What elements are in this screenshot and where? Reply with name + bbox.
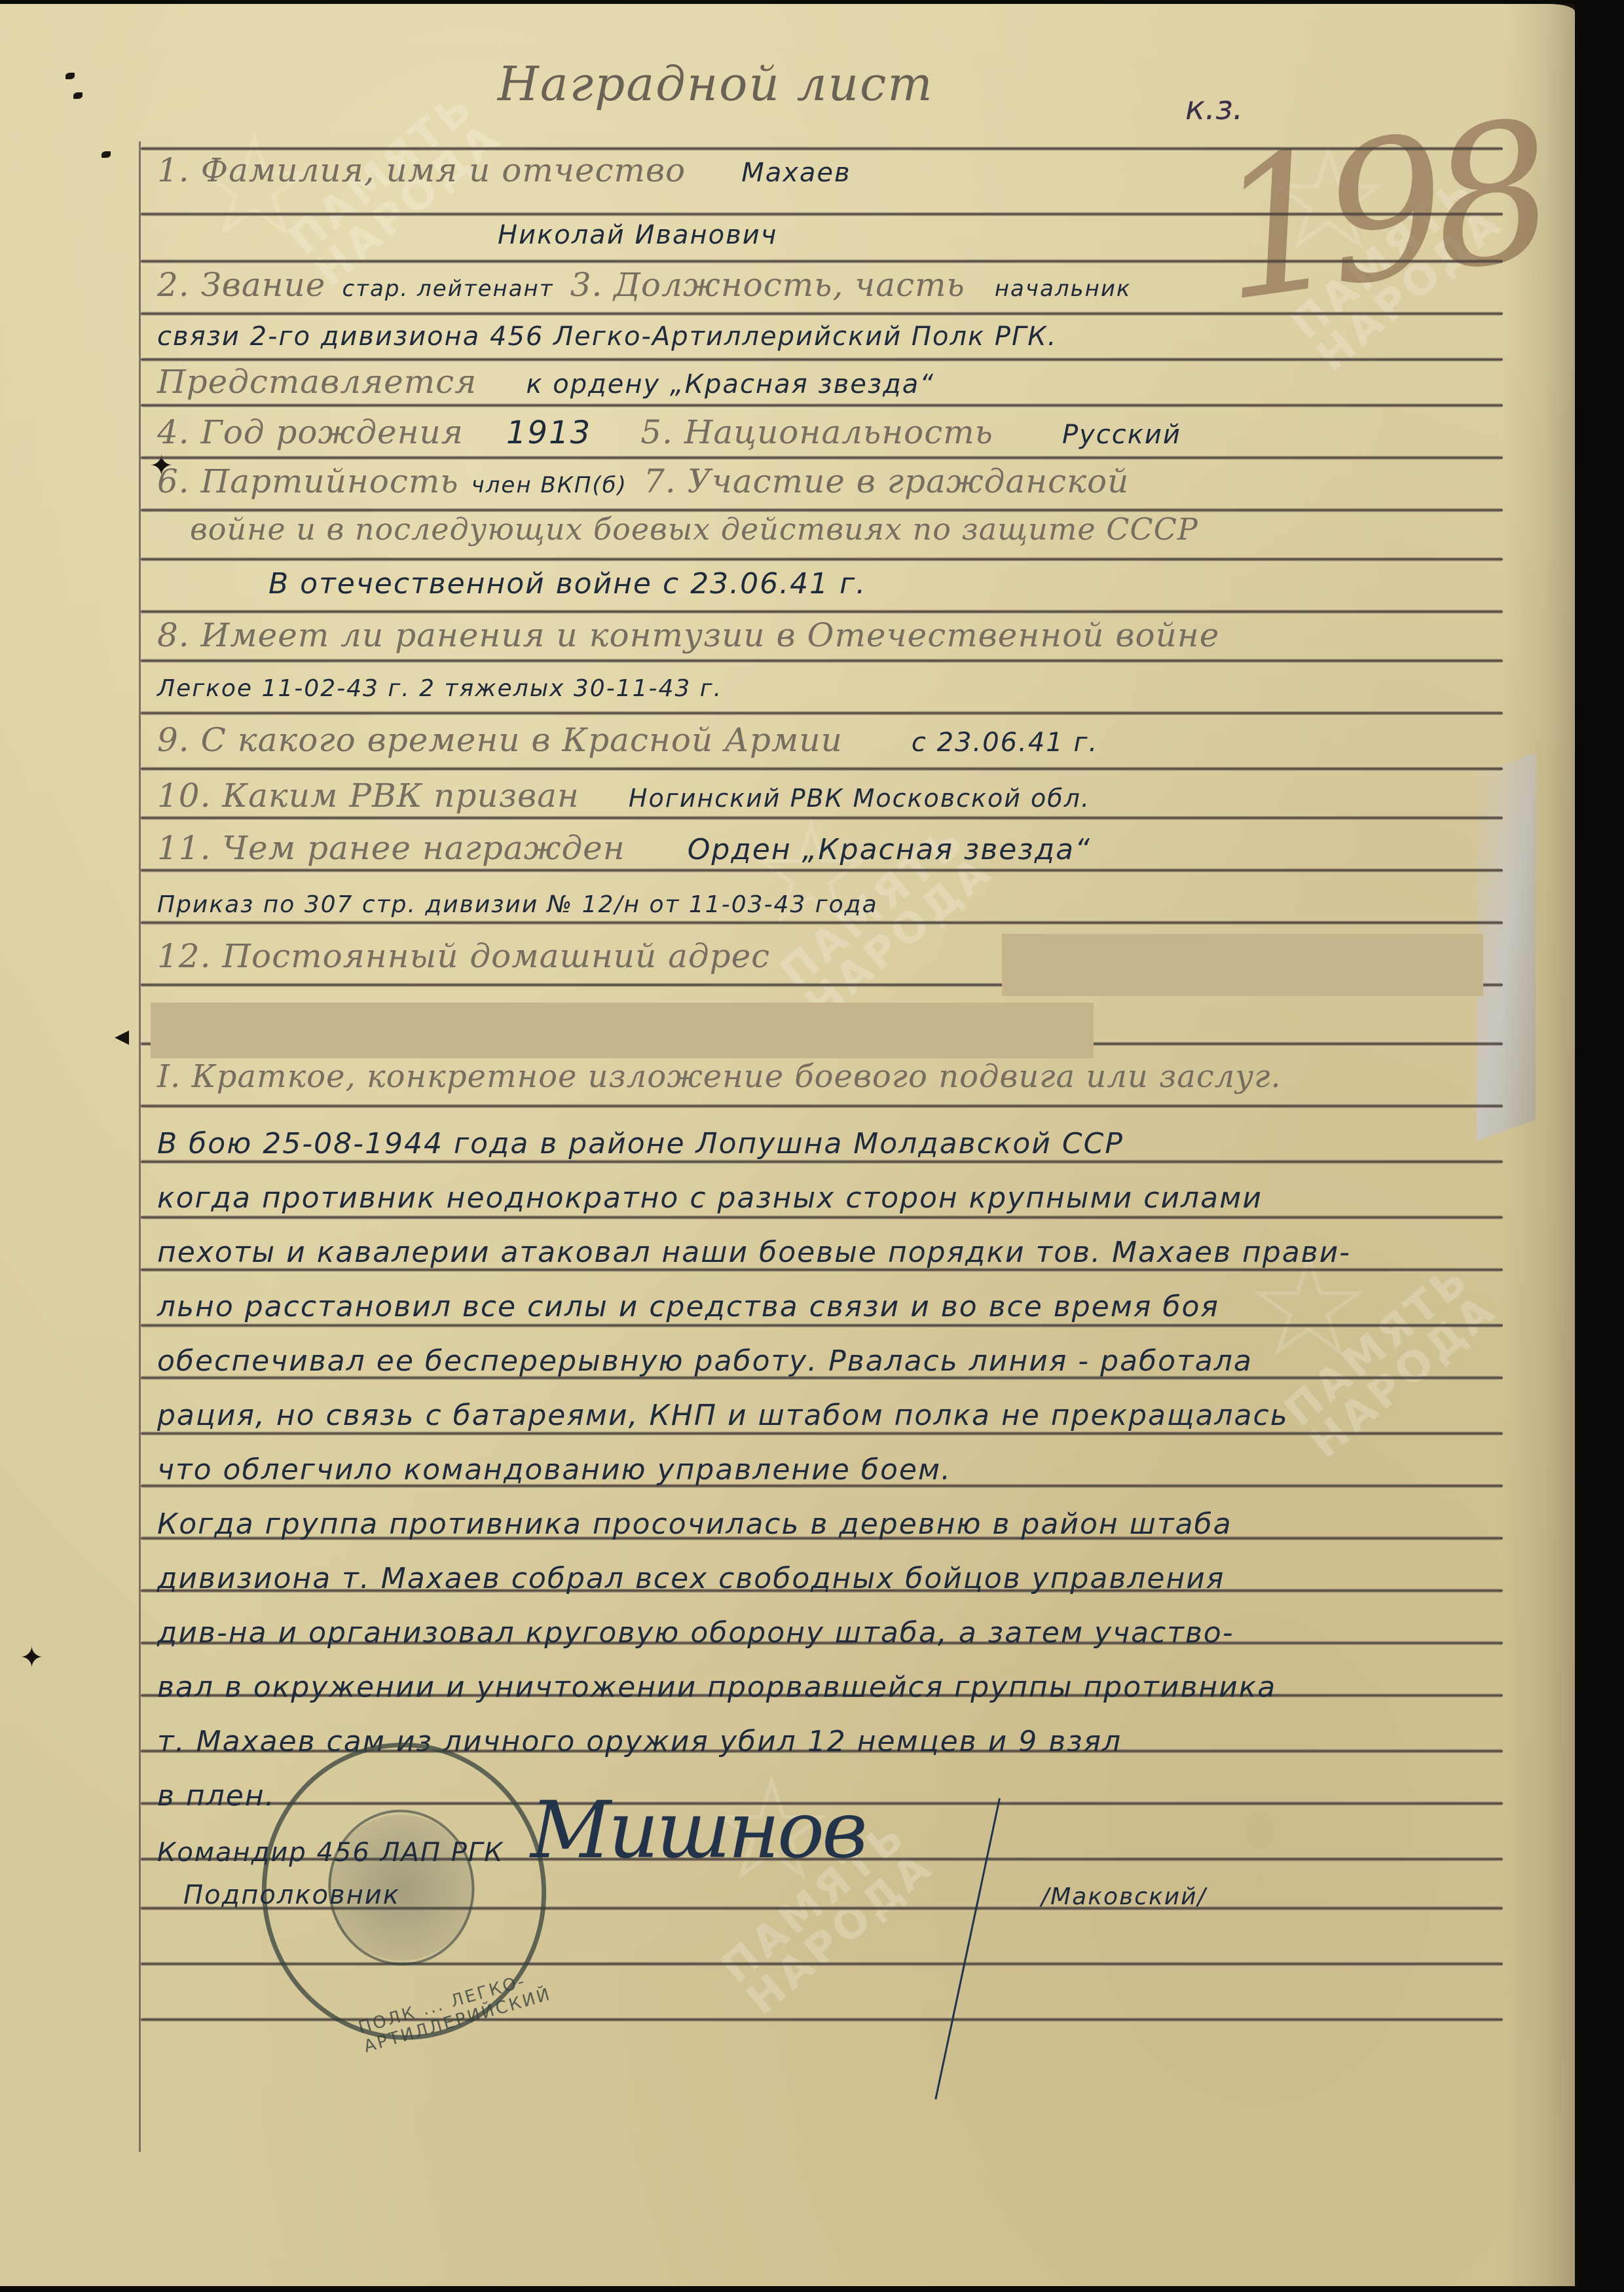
field-value: начальник: [995, 276, 1132, 302]
field-value: Ногинский РВК Московской обл.: [629, 784, 1090, 813]
field-label: 4. Год рождения: [157, 413, 464, 451]
field-wounds: 8. Имеет ли ранения и контузии в Отечест…: [157, 616, 1496, 654]
field-value: Николай Иванович: [498, 220, 777, 250]
redacted-address: [1002, 934, 1483, 996]
stamp-text: ПОЛК ... ЛЕГКО-АРТИЛЛЕРИЙСКИЙ: [356, 1965, 556, 2057]
narrative-line-text: обеспечивал ее бесперерывную работу. Рва…: [157, 1344, 1253, 1378]
punch-hole: [65, 73, 75, 79]
narrative-line: льно расстановил все силы и средства свя…: [157, 1290, 1496, 1323]
ruled-line: [141, 816, 1503, 820]
ruled-line: [141, 767, 1503, 771]
field-label: 8. Имеет ли ранения и контузии в Отечест…: [157, 616, 1219, 654]
narrative-line-text: рация, но связь с батареями, КНП и штабо…: [157, 1399, 1289, 1432]
ruled-line: [141, 610, 1503, 614]
margin-mark: ✦: [20, 1641, 44, 1674]
signer-name-text: /Маковский/: [1041, 1883, 1207, 1910]
ruled-line: [141, 312, 1503, 316]
field-label: Представляется: [157, 363, 477, 401]
field-previous-awards: 11. Чем ранее награжден Орден „Красная з…: [157, 829, 1496, 867]
narrative-line-text: что облегчило командованию управление бо…: [157, 1453, 951, 1487]
narrative-line-text: дивизиона т. Махаев собрал всех свободны…: [157, 1562, 1225, 1595]
narrative-line: дивизиона т. Махаев собрал всех свободны…: [157, 1562, 1496, 1595]
field-label: 12. Постоянный домашний адрес: [157, 937, 770, 975]
narrative-line-text: льно расстановил все силы и средства свя…: [157, 1290, 1219, 1323]
ruled-line: [141, 212, 1503, 216]
narrative-line: что облегчило командованию управление бо…: [157, 1453, 1496, 1487]
narrative-line-text: див-на и организовал круговую оборону шт…: [157, 1616, 1234, 1650]
narrative-line-text: Когда группа противника просочилась в де…: [157, 1507, 1232, 1541]
field-participation-cont: войне и в последующих боевых действиях п…: [190, 511, 1496, 547]
field-label: 10. Каким РВК призван: [157, 777, 580, 815]
field-label: 9. С какого времени в Красной Армии: [157, 721, 843, 759]
field-label: 1. Фамилия, имя и отчество: [157, 151, 686, 189]
narrative-line-text: т. Махаев сам из личного оружия убил 12 …: [157, 1725, 1122, 1758]
narrative-line-text: когда противник неоднократно с разных ст…: [157, 1181, 1263, 1215]
redacted-address: [151, 1003, 1094, 1058]
ruled-line: [141, 1104, 1503, 1108]
document-sheet: ✦ ◂ ✦ ☆ ПАМЯТЬ НАРОДА ☆ ПАМЯТЬ НАРОДА ☆ …: [0, 4, 1575, 2286]
field-value: стар. лейтенант: [342, 276, 553, 302]
signer-title: Командир 456 ЛАП РГК: [157, 1838, 504, 1868]
field-label: 6. Партийность: [157, 462, 459, 500]
field-value: Русский: [1062, 420, 1181, 450]
field-army-since: 9. С какого времени в Красной Армии с 23…: [157, 721, 1496, 759]
field-value: с 23.06.41 г.: [912, 728, 1098, 758]
ruled-line: [141, 659, 1503, 663]
field-position-cont: связи 2-го дивизиона 456 Легко-Артиллери…: [157, 322, 1496, 352]
narrative-line-text: В бою 25-08-1944 года в районе Лопушна М…: [157, 1127, 1124, 1160]
field-nominated-for: Представляется к ордену „Красная звезда“: [157, 363, 1496, 401]
narrative-line: рация, но связь с батареями, КНП и штабо…: [157, 1399, 1496, 1432]
ruled-line: [141, 557, 1503, 561]
narrative-line: когда противник неоднократно с разных ст…: [157, 1181, 1496, 1215]
field-label: 5. Национальность: [640, 413, 993, 451]
document-title: Наградной лист: [498, 56, 934, 111]
field-wounds-value: Легкое 11-02-43 г. 2 тяжелых 30-11-43 г.: [157, 675, 1496, 702]
field-label: 2. Звание: [157, 266, 325, 304]
field-label: войне и в последующих боевых действиях п…: [190, 511, 1198, 547]
ruled-line: [141, 1215, 1503, 1219]
narrative-line: пехоты и кавалерии атаковал наши боевые …: [157, 1236, 1496, 1269]
field-label: 7. Участие в гражданской: [644, 462, 1129, 500]
margin-rule: [139, 141, 141, 2152]
field-full-name-cont: Николай Иванович: [498, 220, 1496, 250]
field-value: к ордену „Красная звезда“: [526, 369, 934, 399]
ruled-line: [141, 358, 1503, 361]
narrative-line: вал в окружении и уничтожении прорвавшей…: [157, 1671, 1496, 1704]
handwritten-signature: Мишнов: [530, 1785, 865, 1876]
ruled-line: [141, 921, 1503, 925]
margin-mark: ◂: [115, 1019, 129, 1052]
field-value: связи 2-го дивизиона 456 Легко-Артиллери…: [157, 322, 1057, 352]
ruled-line: [141, 403, 1503, 407]
ruled-line: [141, 456, 1503, 460]
narrative-line-text: пехоты и кавалерии атаковал наши боевые …: [157, 1236, 1351, 1269]
ruled-line: [141, 1323, 1503, 1327]
narrative-line: див-на и организовал круговую оборону шт…: [157, 1616, 1496, 1650]
field-war-participation: В отечественной войне с 23.06.41 г.: [268, 567, 1496, 601]
field-previous-awards-order: Приказ по 307 стр. дивизии № 12/н от 11-…: [157, 891, 1496, 918]
field-label: 11. Чем ранее награжден: [157, 829, 625, 867]
ruled-line: [141, 711, 1503, 715]
signer-name: /Маковский/: [1041, 1883, 1496, 1910]
ruled-line: [141, 147, 1503, 151]
field-label: 3. Должность, часть: [570, 266, 965, 304]
field-birth-nationality: 4. Год рождения 1913 5. Национальность Р…: [157, 413, 1496, 451]
ruled-line: [141, 868, 1503, 872]
signer-rank: Подполковник: [183, 1880, 400, 1910]
field-party-participation: 6. Партийность член ВКП(б) 7. Участие в …: [157, 462, 1496, 500]
field-value: В отечественной войне с 23.06.41 г.: [268, 567, 866, 601]
narrative-line-text: в плен.: [157, 1779, 276, 1813]
field-value: Орден „Красная звезда“: [688, 833, 1091, 866]
field-value: Легкое 11-02-43 г. 2 тяжелых 30-11-43 г.: [157, 675, 722, 702]
punch-hole: [101, 151, 111, 158]
field-conscripted-by: 10. Каким РВК призван Ногинский РВК Моск…: [157, 777, 1496, 815]
field-value: Махаев: [741, 158, 851, 188]
field-value: 1913: [506, 415, 591, 451]
field-rank-position: 2. Звание стар. лейтенант 3. Должность, …: [157, 266, 1496, 304]
punch-hole: [73, 92, 83, 99]
narrative-line: обеспечивал ее бесперерывную работу. Рва…: [157, 1344, 1496, 1378]
narrative-heading: I. Краткое, конкретное изложение боевого…: [157, 1058, 1496, 1095]
section-heading: I. Краткое, конкретное изложение боевого…: [157, 1058, 1282, 1095]
narrative-line: В бою 25-08-1944 года в районе Лопушна М…: [157, 1127, 1496, 1160]
field-value: член ВКП(б): [471, 472, 627, 498]
field-full-name: 1. Фамилия, имя и отчество Махаев: [157, 151, 1496, 189]
narrative-line: Когда группа противника просочилась в де…: [157, 1507, 1496, 1541]
ruled-line: [141, 259, 1503, 263]
narrative-line-text: вал в окружении и уничтожении прорвавшей…: [157, 1671, 1276, 1704]
field-value: Приказ по 307 стр. дивизии № 12/н от 11-…: [157, 891, 878, 918]
